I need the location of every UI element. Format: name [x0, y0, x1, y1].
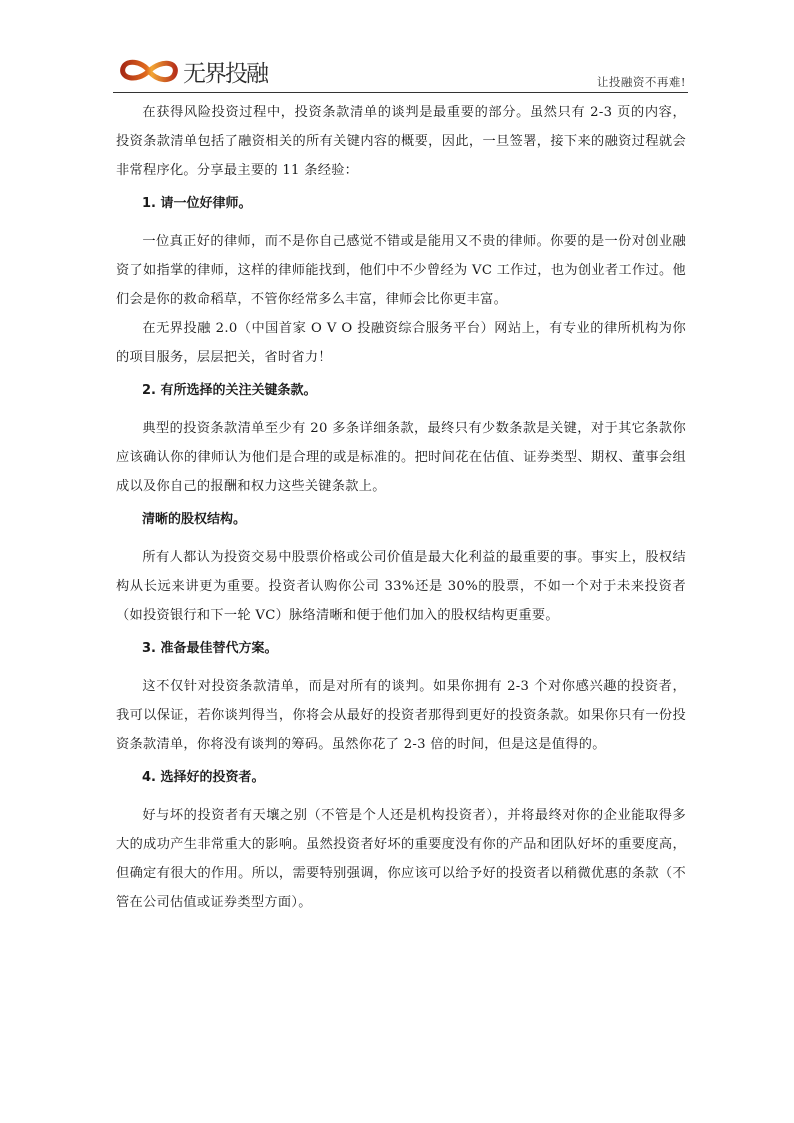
logo-text: 无界投融 [183, 55, 267, 88]
section-heading-equity: 清晰的股权结构。 [116, 507, 686, 533]
section-1-paragraph-2: 在无界投融 2.0（中国首家 O V O 投融资综合服务平台）网站上，有专业的律… [116, 314, 686, 372]
section-3-paragraph-1: 这不仅针对投资条款清单，而是对所有的谈判。如果你拥有 2-3 个对你感兴趣的投资… [116, 672, 686, 759]
infinity-logo-icon [118, 56, 180, 86]
page-header: 无界投融 让投融资不再难! [113, 50, 688, 90]
section-heading-1: 1. 请一位好律师。 [116, 191, 686, 217]
section-equity-paragraph-1: 所有人都认为投资交易中股票价格或公司价值是最大化利益的最重要的事。事实上，股权结… [116, 543, 686, 630]
section-1-paragraph-1: 一位真正好的律师，而不是你自己感觉不错或是能用又不贵的律师。你要的是一份对创业融… [116, 227, 686, 314]
header-divider [113, 92, 688, 93]
document-body: 在获得风险投资过程中，投资条款清单的谈判是最重要的部分。虽然只有 2-3 页的内… [116, 98, 686, 917]
section-heading-2: 2. 有所选择的关注关键条款。 [116, 378, 686, 404]
section-4-paragraph-1: 好与坏的投资者有天壤之别（不管是个人还是机构投资者），并将最终对你的企业能取得多… [116, 801, 686, 917]
section-heading-3: 3. 准备最佳替代方案。 [116, 636, 686, 662]
logo: 无界投融 [118, 55, 267, 87]
section-heading-4: 4. 选择好的投资者。 [116, 765, 686, 791]
slogan: 让投融资不再难! [597, 74, 686, 90]
section-2-paragraph-1: 典型的投资条款清单至少有 20 多条详细条款，最终只有少数条款是关键，对于其它条… [116, 414, 686, 501]
intro-paragraph: 在获得风险投资过程中，投资条款清单的谈判是最重要的部分。虽然只有 2-3 页的内… [116, 98, 686, 185]
